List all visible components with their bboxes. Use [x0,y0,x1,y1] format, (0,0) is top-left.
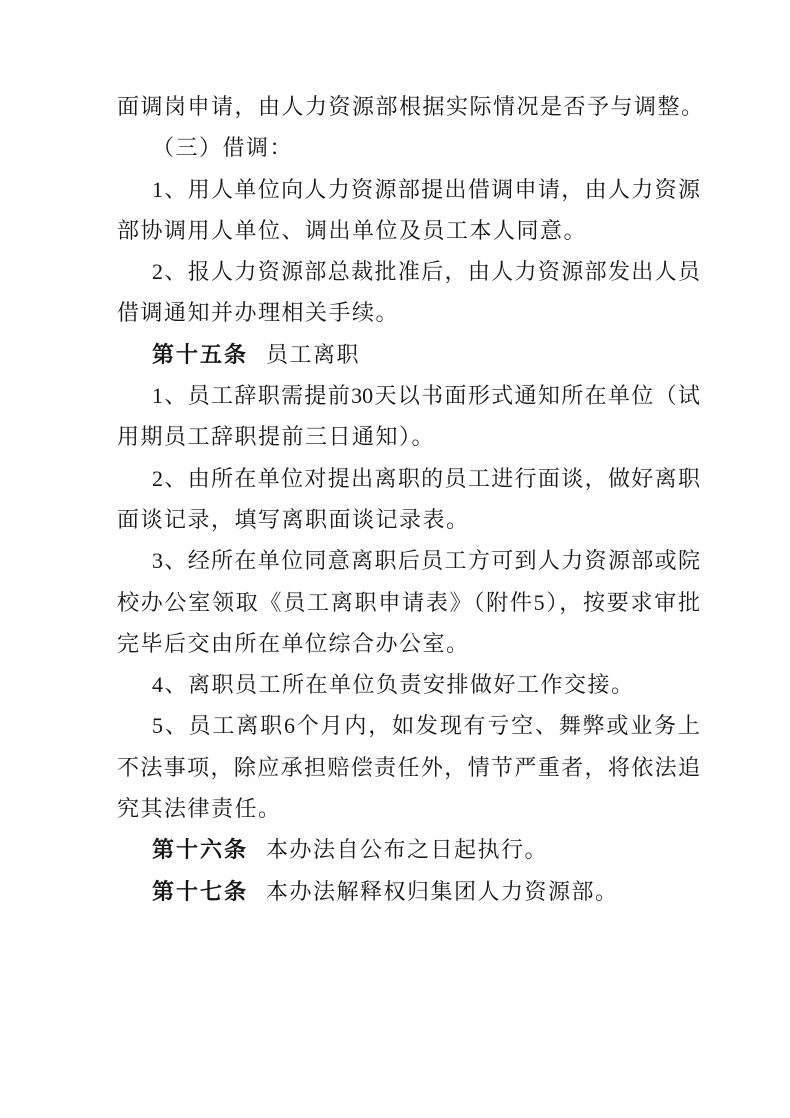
text-line: 校办公室领取《员工离职申请表》（附件5），按要求审批 [117,582,700,623]
document-body: 面调岗申请，由人力资源部根据实际情况是否予与调整。 （三）借调： 1、用人单位向… [117,86,700,912]
article-number: 第十六条 [152,837,248,862]
article-title: 员工离职 [266,342,360,367]
text-line: 3、经所在单位同意离职后员工方可到人力资源部或院 [117,540,700,581]
document-page: 面调岗申请，由人力资源部根据实际情况是否予与调整。 （三）借调： 1、用人单位向… [0,0,790,1118]
text-line: 2、报人力资源部总裁批准后，由人力资源部发出人员 [117,251,700,292]
text-line: 1、员工辞职需提前30天以书面形式通知所在单位（试 [117,375,700,416]
text-line: 面调岗申请，由人力资源部根据实际情况是否予与调整。 [117,86,700,127]
text-line: 完毕后交由所在单位综合办公室。 [117,623,700,664]
article-heading-line: 第十五条员工离职 [117,334,700,375]
text-line: （三）借调： [117,127,700,168]
article-number: 第十五条 [152,342,248,367]
text-line: 究其法律责任。 [117,788,700,829]
article-text: 本办法自公布之日起执行。 [266,837,548,862]
text-line: 2、由所在单位对提出离职的员工进行面谈，做好离职 [117,458,700,499]
text-line: 用期员工辞职提前三日通知）。 [117,416,700,457]
article-heading-line: 第十七条本办法解释权归集团人力资源部。 [117,871,700,912]
article-number: 第十七条 [152,879,248,904]
text-line: 面谈记录，填写离职面谈记录表。 [117,499,700,540]
text-line: 4、离职员工所在单位负责安排做好工作交接。 [117,664,700,705]
article-text: 本办法解释权归集团人力资源部。 [266,879,619,904]
text-line: 1、用人单位向人力资源部提出借调申请，由人力资源 [117,169,700,210]
text-line: 借调通知并办理相关手续。 [117,292,700,333]
article-heading-line: 第十六条本办法自公布之日起执行。 [117,829,700,870]
text-line: 不法事项，除应承担赔偿责任外，情节严重者，将依法追 [117,747,700,788]
text-line: 5、员工离职6个月内，如发现有亏空、舞弊或业务上 [117,705,700,746]
text-line: 部协调用人单位、调出单位及员工本人同意。 [117,210,700,251]
